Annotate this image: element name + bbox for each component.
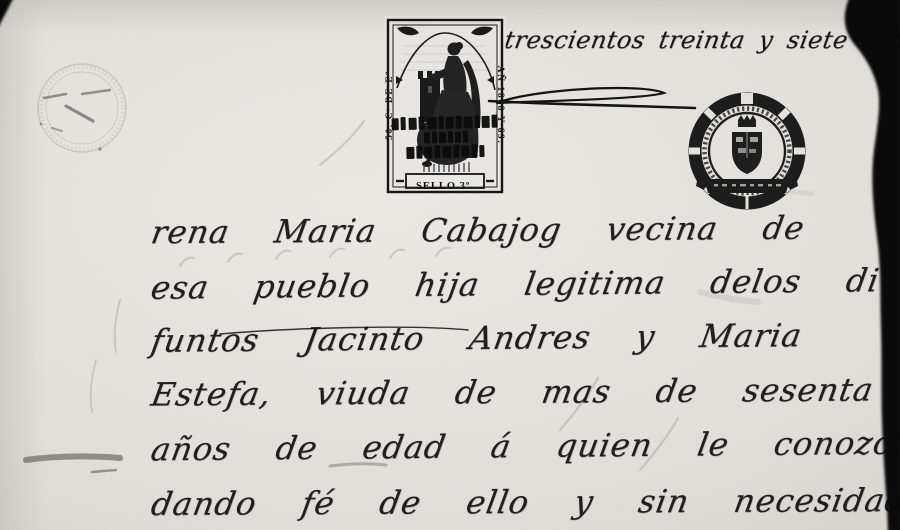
manuscript-page-photo: trescientos treinta y siete337 rena Mari… [0,0,900,530]
handwritten-line-6: dando fé de ello y sin necesidad [148,481,900,523]
seal-shield [732,132,762,174]
stamp-left-label: 50. Cˢ DE Eº [385,30,395,180]
folio-annotation: trescientos treinta y siete337 [502,20,900,56]
seal-crown [738,115,756,127]
folio-number: 337 [863,20,900,56]
stamp-right-label: AÑ 1868 Y 69. [495,30,505,180]
stamp-denomination-label: SELLO 3º. [384,181,506,192]
revenue-stamp: 50. Cˢ DE Eº AÑ 1868 Y 69. SELLO 3º. [384,16,506,196]
folio-words: trescientos treinta y siete [502,26,850,54]
revenue-stamp-engraving [384,16,506,196]
handwritten-line-5: años de edad á quien le conozco [148,424,900,469]
handwritten-line-2: esa pueblo hija legitima delos di [148,261,882,307]
handwritten-line-3: funtos Jacinto Andres y Maria [148,316,805,360]
notary-round-seal-graphic [688,92,806,210]
handwritten-line-4: Estefa, viuda de mas de sesenta [148,370,876,413]
notary-round-seal [688,92,806,210]
seal-ribbon [696,176,798,193]
handwritten-line-1: rena Maria Cabajog vecina de [148,209,807,252]
